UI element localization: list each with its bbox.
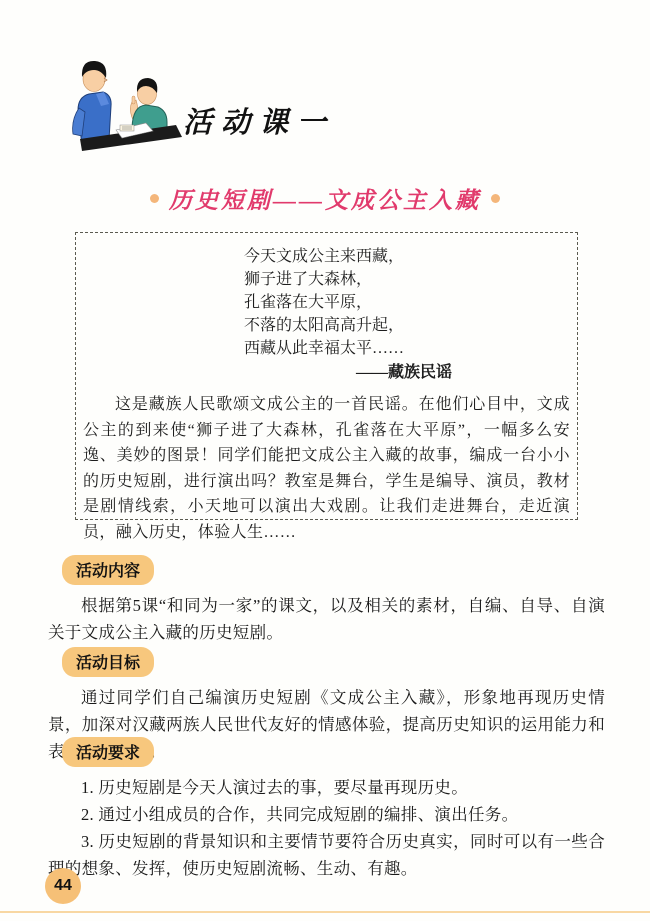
section-body: 根据第5课“和同为一家”的课文，以及相关的素材，自编、自导、自演关于文成公主入藏…	[48, 592, 605, 646]
requirement-item: 3. 历史短剧的背景知识和主要情节要符合历史真实，同时可以有一些合理的想象、发挥…	[48, 828, 605, 882]
lesson-title: 活动课一	[183, 100, 403, 141]
folk-song-line: 狮子进了大森林，	[244, 268, 577, 291]
main-title-row: 历史短剧——文成公主入藏	[0, 182, 650, 215]
section-heading-badge: 活动目标	[62, 647, 154, 677]
page-title: 历史短剧——文成公主入藏	[169, 182, 481, 215]
intro-box: 今天文成公主来西藏， 狮子进了大森林， 孔雀落在大平原， 不落的太阳高高升起， …	[75, 232, 578, 520]
students-illustration	[52, 48, 186, 154]
requirement-item: 1. 历史短剧是今天人演过去的事，要尽量再现历史。	[48, 774, 605, 801]
footer-divider	[0, 911, 650, 913]
folk-song: 今天文成公主来西藏， 狮子进了大森林， 孔雀落在大平原， 不落的太阳高高升起， …	[244, 245, 577, 360]
title-right-dot-icon	[491, 194, 500, 203]
page-number-badge: 44	[45, 868, 81, 904]
section-heading-badge: 活动要求	[62, 737, 154, 767]
folk-song-line: 西藏从此幸福太平……	[244, 337, 577, 360]
title-left-dot-icon	[150, 194, 159, 203]
section-activity-requirements: 活动要求 1. 历史短剧是今天人演过去的事，要尽量再现历史。 2. 通过小组成员…	[48, 737, 605, 882]
folk-song-line: 不落的太阳高高升起，	[244, 314, 577, 337]
section-activity-content: 活动内容 根据第5课“和同为一家”的课文，以及相关的素材，自编、自导、自演关于文…	[48, 555, 605, 646]
folk-song-attribution: ——藏族民谣	[356, 361, 577, 384]
section-heading-badge: 活动内容	[62, 555, 154, 585]
folk-song-line: 孔雀落在大平原，	[244, 291, 577, 314]
intro-paragraph: 这是藏族人民歌颂文成公主的一首民谣。在他们心目中，文成公主的到来使“狮子进了大森…	[83, 392, 570, 546]
folk-song-line: 今天文成公主来西藏，	[244, 245, 577, 268]
students-drawing-icon	[52, 48, 186, 154]
requirement-item: 2. 通过小组成员的合作，共同完成短剧的编排、演出任务。	[48, 801, 605, 828]
